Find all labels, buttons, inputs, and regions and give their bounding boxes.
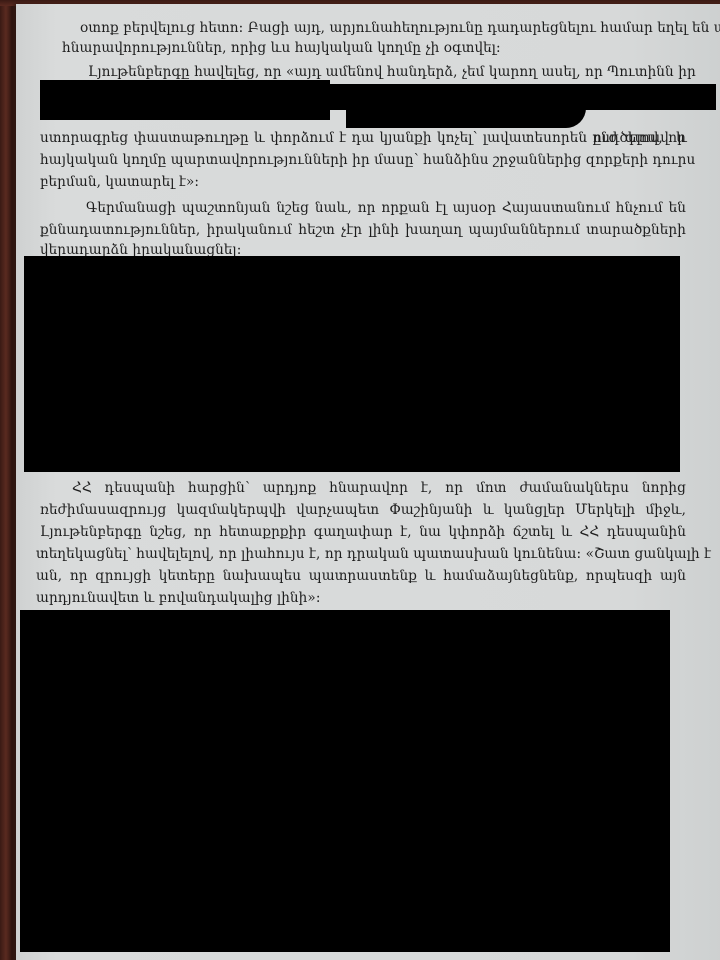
text-line: ստորագրեց փաստաթուղթը և փորձում է դա կյա… (40, 130, 686, 146)
redaction-block (20, 610, 670, 952)
redaction-block (346, 108, 586, 128)
text-line: ռեժիմասազրույց կազմակերպվի վարչապետ Փաշի… (40, 502, 686, 518)
text-line: օտոք բերվելուց հետո: Բացի այդ, արյունահե… (80, 20, 680, 36)
text-line: Լյութենբերգը հավելեց, որ «այդ ամենով հան… (88, 64, 684, 80)
text-line: հնարավորություններ, որից ևս հայկական կող… (62, 40, 692, 56)
document-page: օտոք բերվելուց հետո: Բացի այդ, արյունահե… (16, 4, 720, 960)
redaction-block (316, 84, 716, 110)
text-line: արդյունավետ և բովանդակալից լինի»: (36, 590, 666, 606)
text-line: տեղեկացնել՝ հավելելով, որ լիահույս է, որ… (36, 546, 686, 562)
text-line: Գերմանացի պաշտոնյան նշեց նաև, որ որքան է… (86, 200, 686, 216)
text-line: Լյութենբերգը նշեց, որ հետաքրքիր գաղափար … (40, 524, 686, 540)
text-line: հայկական կողմը պարտավորությունների իր մա… (40, 152, 690, 168)
text-line: ՀՀ դեսպանի հարցին՝ արդյոք հնարավոր է, որ… (72, 480, 686, 496)
redaction-block (24, 256, 680, 472)
redaction-block (40, 80, 330, 120)
text-line: քննադատություններ, իրականում հեշտ չէր լի… (40, 222, 686, 238)
text-line: բերման, կատարել է»: (40, 174, 670, 190)
text-line: ան, որ զրույցի կետերը նախապես պատրաստենք… (36, 568, 686, 584)
